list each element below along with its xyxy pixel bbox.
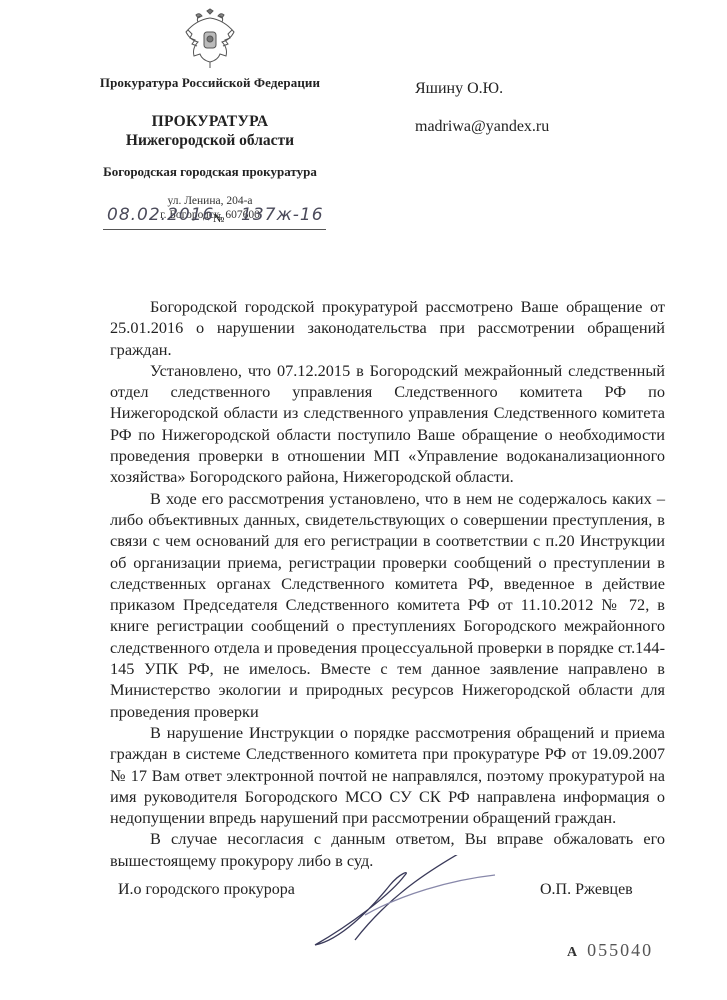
org-region: Нижегородской области (60, 132, 360, 150)
paragraph: Установлено, что 07.12.2015 в Богородски… (110, 360, 665, 488)
registration-number: 137ж-16 (241, 205, 324, 225)
paragraph: В нарушение Инструкции о порядке рассмот… (110, 722, 665, 828)
paragraph: В ходе его рассмотрения установлено, что… (110, 488, 665, 722)
form-serial: А055040 (567, 940, 653, 961)
city-office-name: Богородская городская прокуратура (60, 164, 360, 180)
form-serial-series: А (567, 945, 579, 960)
registration-line: 08.02.2016 № 137ж-16 (103, 205, 326, 230)
signatory-title: И.о городского прокурора (118, 881, 295, 899)
paragraph: Богородской городской прокуратурой рассм… (110, 296, 665, 360)
recipient-email: madriwa@yandex.ru (415, 118, 549, 136)
letterhead: Прокуратура Российской Федерации ПРОКУРА… (60, 8, 360, 222)
signatory-name: О.П. Ржевцев (540, 881, 633, 899)
handwritten-signature-icon (310, 855, 510, 955)
recipient-name: Яшину О.Ю. (415, 80, 503, 98)
federal-org-name: Прокуратура Российской Федерации (60, 75, 360, 91)
registration-date: 08.02.2016 (107, 205, 214, 225)
form-serial-number: 055040 (587, 940, 653, 960)
double-headed-eagle-icon (180, 8, 240, 70)
registration-number-label: № (213, 211, 224, 226)
org-title: ПРОКУРАТУРА (60, 113, 360, 131)
letter-body: Богородской городской прокуратурой рассм… (110, 296, 665, 871)
